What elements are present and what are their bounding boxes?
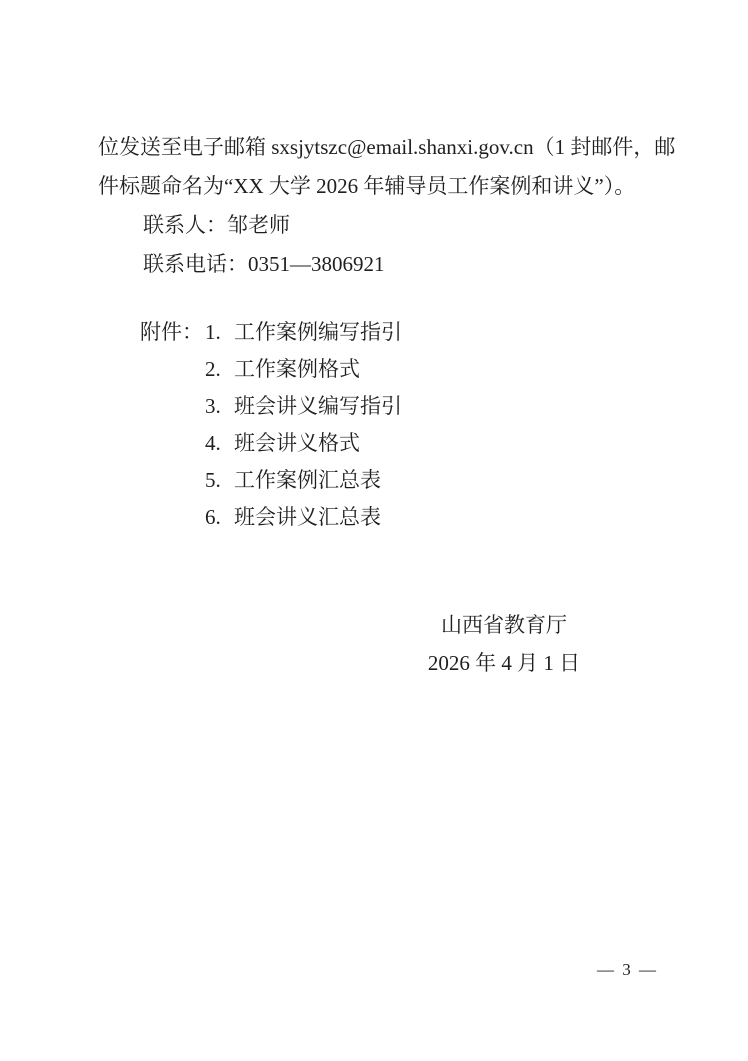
attachment-title: 工作案例编写指引 [234, 320, 402, 344]
attachment-number: 5. [205, 462, 234, 499]
body-text-block: 位发送至电子邮箱 sxsjytszc@email.shanxi.gov.cn（1… [98, 128, 668, 284]
attachments-label: 附件： [140, 314, 205, 351]
attachment-item: 2.工作案例格式 [140, 351, 402, 388]
attachment-title: 班会讲义格式 [234, 431, 360, 455]
attachment-item: 4.班会讲义格式 [140, 425, 402, 462]
attachments-list: 附件：1.工作案例编写指引 2.工作案例格式 3.班会讲义编写指引 4.班会讲义… [140, 314, 402, 536]
attachment-number: 2. [205, 351, 234, 388]
attachment-item: 6.班会讲义汇总表 [140, 499, 402, 536]
attachment-title: 班会讲义汇总表 [234, 505, 381, 529]
body-paragraph-line-1: 位发送至电子邮箱 sxsjytszc@email.shanxi.gov.cn（1… [98, 128, 668, 167]
signature-organization: 山西省教育厅 [380, 606, 628, 644]
contact-phone-line: 联系电话：0351—3806921 [98, 245, 668, 284]
attachment-item: 5.工作案例汇总表 [140, 462, 402, 499]
attachment-item: 3.班会讲义编写指引 [140, 388, 402, 425]
attachment-title: 工作案例汇总表 [234, 468, 381, 492]
document-page: 位发送至电子邮箱 sxsjytszc@email.shanxi.gov.cn（1… [0, 0, 748, 1061]
attachment-title: 班会讲义编写指引 [234, 394, 402, 418]
signature-date: 2026 年 4 月 1 日 [380, 644, 628, 682]
attachment-number: 3. [205, 388, 234, 425]
signature-block: 山西省教育厅 2026 年 4 月 1 日 [380, 606, 628, 682]
attachment-number: 6. [205, 499, 234, 536]
attachment-number: 4. [205, 425, 234, 462]
attachment-item: 附件：1.工作案例编写指引 [140, 314, 402, 351]
body-paragraph-line-2: 件标题命名为“XX 大学 2026 年辅导员工作案例和讲义”）。 [98, 167, 668, 206]
contact-person-line: 联系人：邹老师 [98, 206, 668, 245]
attachment-number: 1. [205, 314, 234, 351]
page-number-footer: — 3 — [597, 958, 658, 982]
attachment-title: 工作案例格式 [234, 357, 360, 381]
